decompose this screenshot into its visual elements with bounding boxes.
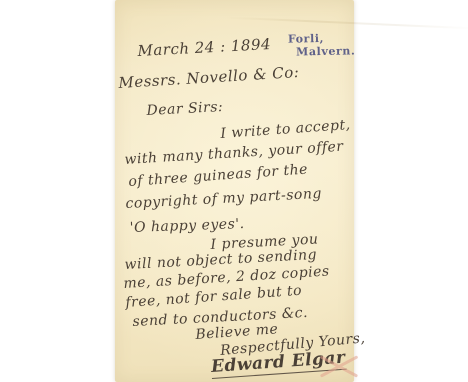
letterhead-line1: Forli, <box>288 32 324 46</box>
letterhead-line2: Malvern. <box>296 45 356 59</box>
letter-photo: Forli, Malvern. March 24 : 1894 Messrs. … <box>0 0 468 382</box>
paper-crease <box>225 17 468 30</box>
printed-letterhead: Forli, Malvern. <box>288 32 356 58</box>
